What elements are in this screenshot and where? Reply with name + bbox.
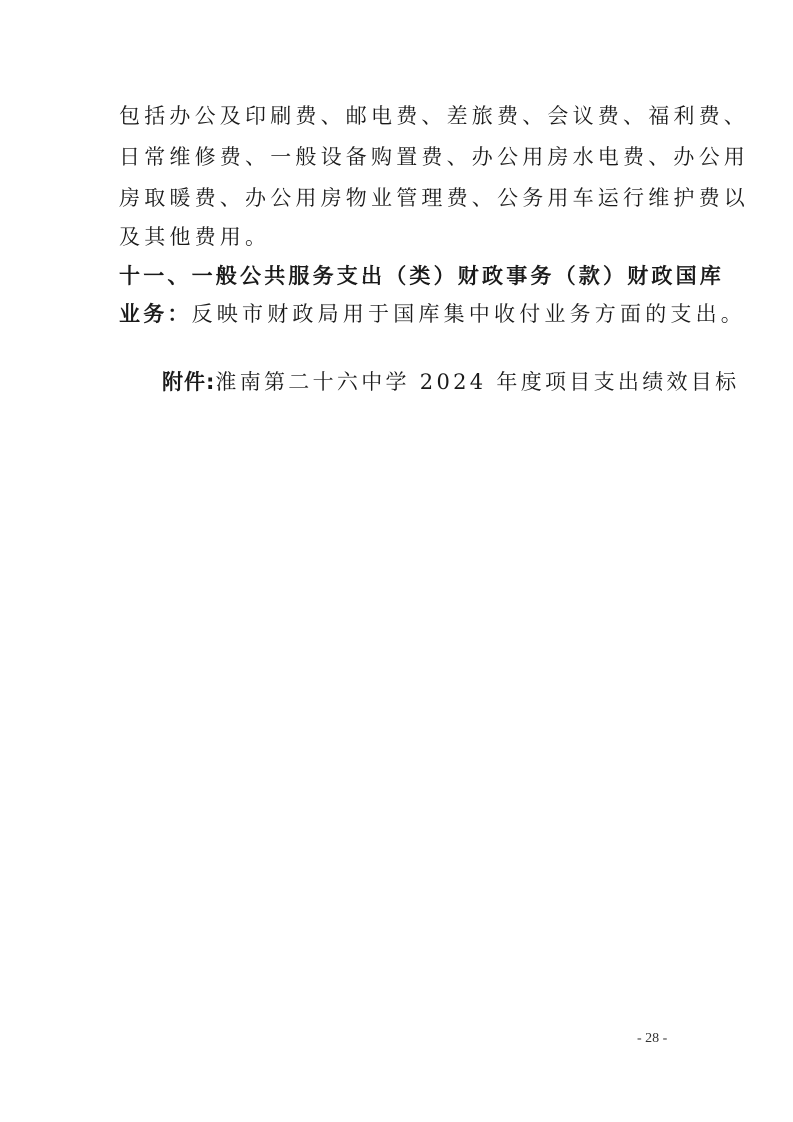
body-text-line-3: 房取暖费、办公用房物业管理费、公务用车运行维护费以 [119,186,679,210]
attachment-title: 淮南第二十六中学 2024 年度项目支出绩效目标 [215,370,739,394]
body-text-line-2: 日常维修费、一般设备购置费、办公用房水电费、办公用 [119,145,679,169]
section-11-description: 业务：反映市财政局用于国库集中收付业务方面的支出。 [119,302,679,326]
body-text-line-4: 及其他费用。 [119,225,679,249]
attachment-line: 附件:淮南第二十六中学 2024 年度项目支出绩效目标 [162,370,739,394]
body-text-line-1: 包括办公及印刷费、邮电费、差旅费、会议费、福利费、 [119,104,679,128]
section-11-heading: 十一、一般公共服务支出（类）财政事务（款）财政国库 [119,264,679,288]
section-11-text: 反映市财政局用于国库集中收付业务方面的支出。 [192,302,746,326]
page-number: - 28 - [637,1031,667,1047]
document-page: 包括办公及印刷费、邮电费、差旅费、会议费、福利费、 日常维修费、一般设备购置费、… [0,0,793,1122]
attachment-label: 附件: [162,370,215,394]
section-11-heading-end: 业务： [119,302,192,326]
